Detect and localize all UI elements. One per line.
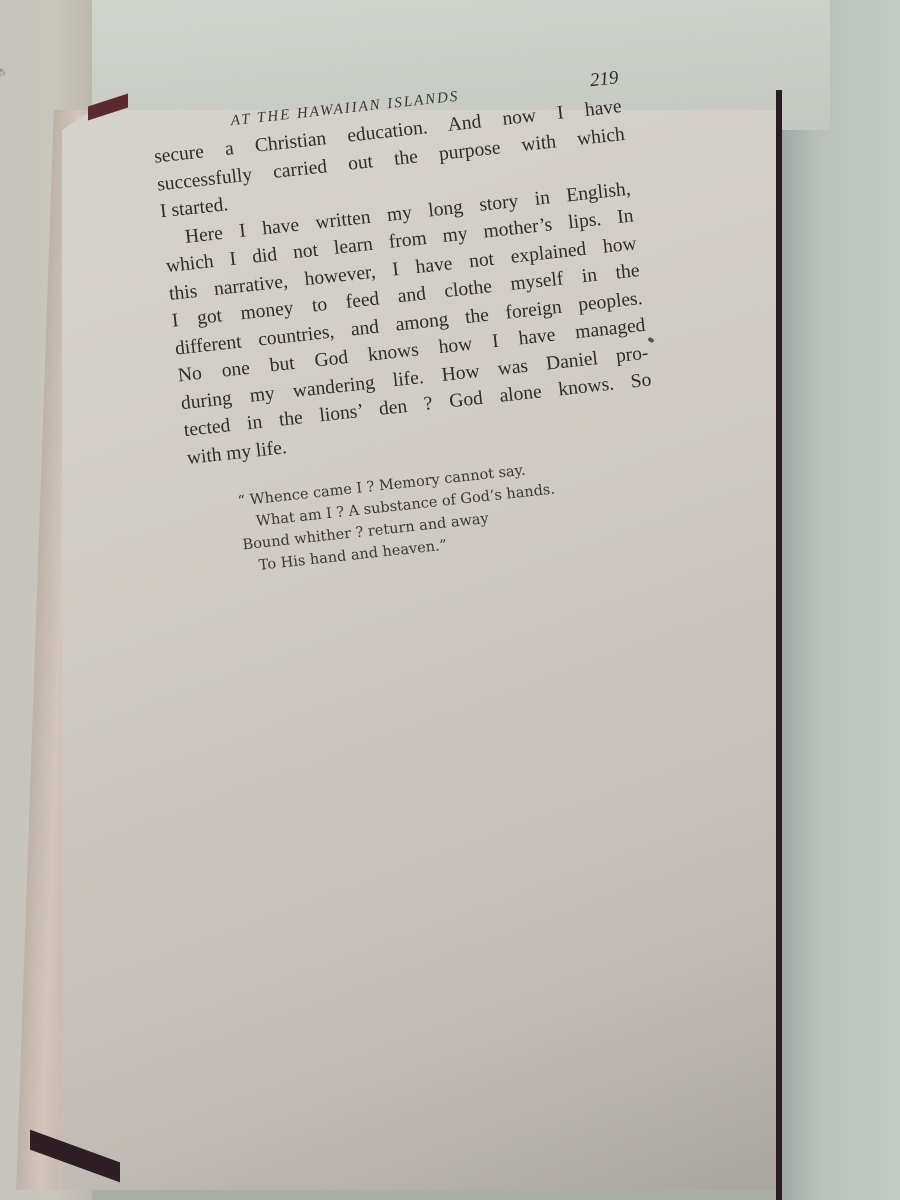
book-photo: OE CRUSOE the same se much had! “I “He a… [0,0,900,1200]
cover-edge-right [776,90,782,1200]
table-surface [782,0,900,1200]
page-number: 219 [589,67,620,92]
paragraph-2: Here I have written my long story in Eng… [162,175,656,472]
page-content: AT THE HAWAIIAN ISLANDS 219 secure a Chr… [150,67,668,583]
